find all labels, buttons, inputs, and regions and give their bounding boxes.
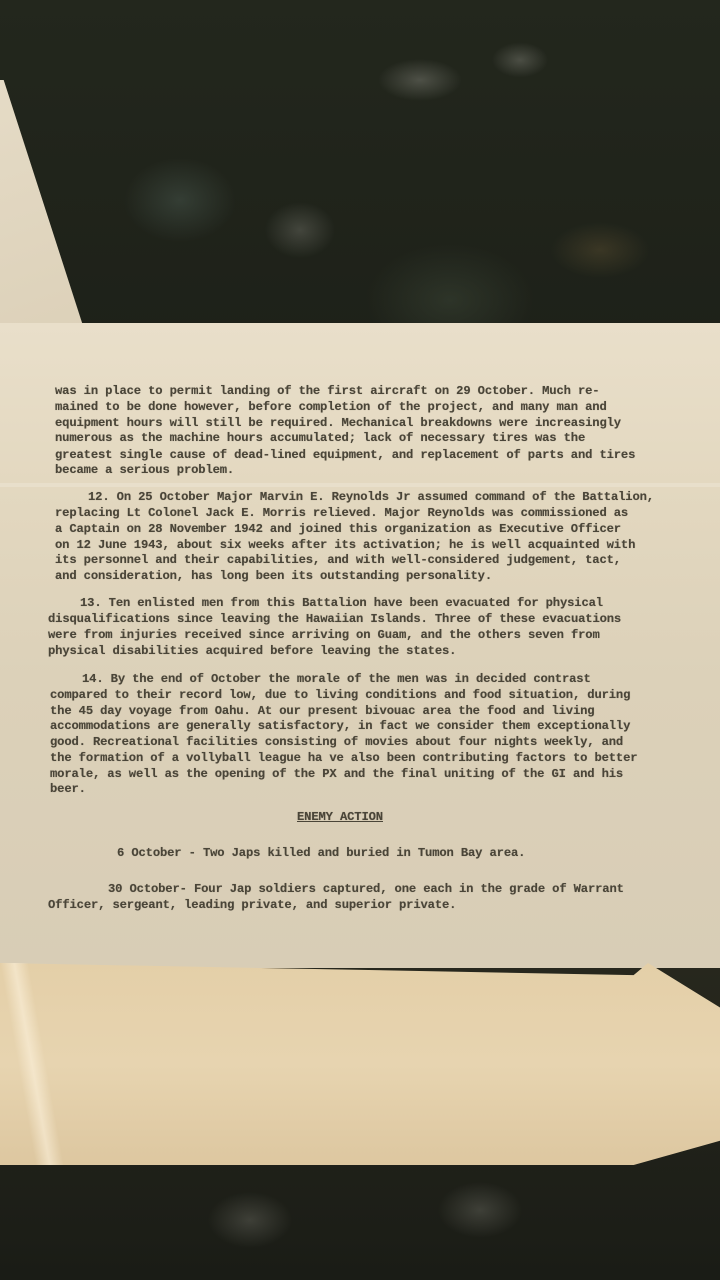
section-heading-enemy-action: ENEMY ACTION [297, 810, 383, 824]
paragraph-12-line: 12. On 25 October Major Marvin E. Reynol… [88, 490, 654, 504]
document-text: was in place to permit landing of the fi… [0, 0, 720, 1280]
paragraph-14-line: the formation of a vollyball league ha v… [50, 751, 637, 765]
enemy-action-entry: 6 October - Two Japs killed and buried i… [117, 846, 525, 860]
paragraph-12-line: replacing Lt Colonel Jack E. Morris reli… [55, 506, 628, 520]
text-line: equipment hours will still be required. … [55, 416, 621, 430]
enemy-action-entry: 30 October- Four Jap soldiers captured, … [108, 882, 624, 896]
paragraph-14-line: morale, as well as the opening of the PX… [50, 767, 623, 781]
paragraph-14-line: beer. [50, 782, 86, 796]
paragraph-12-line: on 12 June 1943, about six weeks after i… [55, 538, 635, 552]
paragraph-14-line: compared to their record low, due to liv… [50, 688, 630, 702]
text-line: greatest single cause of dead-lined equi… [55, 448, 635, 462]
text-line: became a serious problem. [55, 463, 234, 477]
paragraph-12-line: and consideration, has long been its out… [55, 569, 492, 583]
paragraph-14-line: good. Recreational facilities consisting… [50, 735, 623, 749]
paragraph-14-line: accommodations are generally satisfactor… [50, 719, 630, 733]
text-line: mained to be done however, before comple… [55, 400, 607, 414]
paragraph-13-line: disqualifications since leaving the Hawa… [48, 612, 621, 626]
text-line: numerous as the machine hours accumulate… [55, 431, 585, 445]
paragraph-12-line: a Captain on 28 November 1942 and joined… [55, 522, 621, 536]
paragraph-12-line: its personnel and their capabilities, an… [55, 553, 621, 567]
paragraph-14-line: the 45 day voyage from Oahu. At our pres… [50, 704, 594, 718]
text-line: was in place to permit landing of the fi… [55, 384, 599, 398]
paragraph-13-line: 13. Ten enlisted men from this Battalion… [80, 596, 603, 610]
enemy-action-entry: Officer, sergeant, leading private, and … [48, 898, 456, 912]
paragraph-13-line: were from injuries received since arrivi… [48, 628, 600, 642]
paragraph-13-line: physical disabilities acquired before le… [48, 644, 456, 658]
paragraph-14-line: 14. By the end of October the morale of … [82, 672, 591, 686]
